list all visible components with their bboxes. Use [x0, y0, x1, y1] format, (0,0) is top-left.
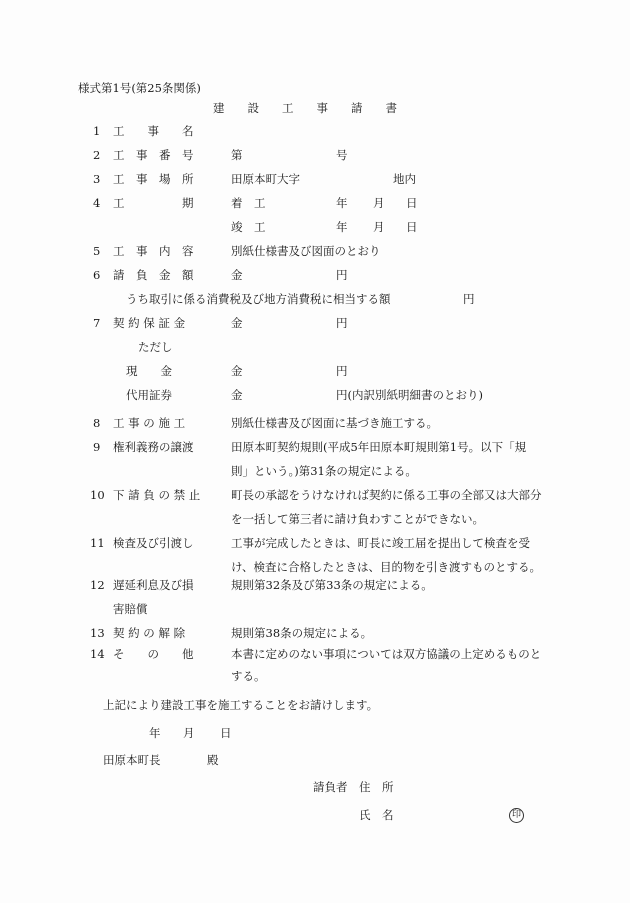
day-label: 日: [406, 196, 418, 210]
item-number: 13: [90, 626, 105, 640]
date-day: 日: [220, 726, 232, 740]
item-label: 工 期: [113, 196, 194, 210]
item-value: 規則第38条の規定による。: [231, 626, 372, 640]
date-month: 月: [183, 726, 195, 740]
item-value-line: 工事が完成したときは、町長に竣工届を提出して検査を受: [231, 536, 530, 550]
item-label: 工 事 場 所: [113, 172, 194, 186]
item-number: 5: [93, 244, 100, 258]
item-value: 別紙仕様書及び図面に基づき施工する。: [231, 416, 438, 430]
item-number: 14: [90, 647, 105, 661]
item-label: そ の 他: [113, 647, 194, 661]
year-label: 年: [336, 196, 348, 210]
closing-statement: 上記により建設工事を施工することをお請けします。: [103, 698, 378, 712]
item-value: 田原本町大字: [231, 172, 300, 186]
start-label: 着 工: [231, 196, 266, 210]
item-number: 11: [90, 536, 105, 550]
item-number: 12: [90, 578, 105, 592]
addressee-honorific: 殿: [207, 753, 219, 767]
document-title: 建 設 工 事 請 書: [213, 101, 397, 115]
item-number: 7: [93, 316, 100, 330]
date-year: 年: [149, 726, 161, 740]
item-value: 金: [231, 268, 243, 282]
item-number: 8: [93, 416, 100, 430]
item-value-line: 本書に定めのない事項については双方協議の上定めるものと: [231, 647, 541, 661]
item-value-line: を一括して第三者に請け負わすことができない。: [231, 512, 484, 526]
cash-value: 金: [231, 364, 243, 378]
securities-unit: 円(内訳別紙明細書のとおり): [336, 388, 483, 402]
form-reference: 様式第1号(第25条関係): [78, 81, 201, 95]
item-label: 権利義務の譲渡: [113, 440, 194, 454]
item-label: 請 負 金 額: [113, 268, 194, 282]
day-label: 日: [406, 220, 418, 234]
item-label: 契 約 の 解 除: [113, 626, 185, 640]
item-label: 工 事 名: [113, 124, 194, 138]
item-number: 2: [93, 148, 100, 162]
item-label: 工 事 内 容: [113, 244, 194, 258]
addressee-name: 田原本町長: [103, 753, 161, 767]
item-label-line: 遅延利息及び損: [113, 578, 194, 592]
item-value: 規則第32条及び第33条の規定による。: [231, 578, 433, 592]
address-label: 住 所: [359, 780, 394, 794]
item-value-line: 則」という。)第31条の規定による。: [231, 464, 417, 478]
item-number: 4: [93, 196, 100, 210]
seal-icon: 印: [509, 808, 524, 823]
item-number: 6: [93, 268, 100, 282]
securities-label: 代用証券: [126, 388, 172, 402]
cash-unit: 円: [336, 364, 348, 378]
item-label-line: 害賠償: [113, 602, 148, 616]
item-value: 別紙仕様書及び図面のとおり: [231, 244, 381, 258]
item-unit: 円: [336, 268, 348, 282]
name-label: 氏 名: [359, 808, 394, 822]
item-number: 9: [93, 440, 100, 454]
item-value-line: 町長の承認をうけなければ契約に係る工事の全部又は大部分: [231, 488, 542, 502]
item-value: 金: [231, 316, 243, 330]
item-unit: 号: [336, 148, 348, 162]
end-label: 竣 工: [231, 220, 266, 234]
contractor-role: 請負者: [313, 780, 348, 794]
item-value-line: 田原本町契約規則(平成5年田原本町規則第1号。以下「規: [231, 440, 526, 454]
proviso-label: ただし: [138, 340, 173, 354]
tax-note: うち取引に係る消費税及び地方消費税に相当する額: [126, 292, 391, 306]
item-unit: 円: [336, 316, 348, 330]
item-label: 工 事 番 号: [113, 148, 194, 162]
item-label: 検査及び引渡し: [113, 536, 194, 550]
month-label: 月: [373, 196, 385, 210]
item-label: 工 事 の 施 工: [113, 416, 185, 430]
cash-label: 現 金: [126, 364, 172, 378]
item-value-line: する。: [231, 669, 266, 683]
item-value-line: け、検査に合格したときは、目的物を引き渡すものとする。: [231, 560, 541, 574]
item-label: 契 約 保 証 金: [113, 316, 185, 330]
item-number: 3: [93, 172, 100, 186]
item-number: 10: [90, 488, 105, 502]
securities-value: 金: [231, 388, 243, 402]
item-label: 下 請 負 の 禁 止: [113, 488, 200, 502]
month-label: 月: [373, 220, 385, 234]
tax-unit: 円: [463, 292, 475, 306]
year-label: 年: [336, 220, 348, 234]
item-value: 第: [231, 148, 243, 162]
item-number: 1: [93, 124, 100, 138]
item-unit: 地内: [393, 172, 416, 186]
